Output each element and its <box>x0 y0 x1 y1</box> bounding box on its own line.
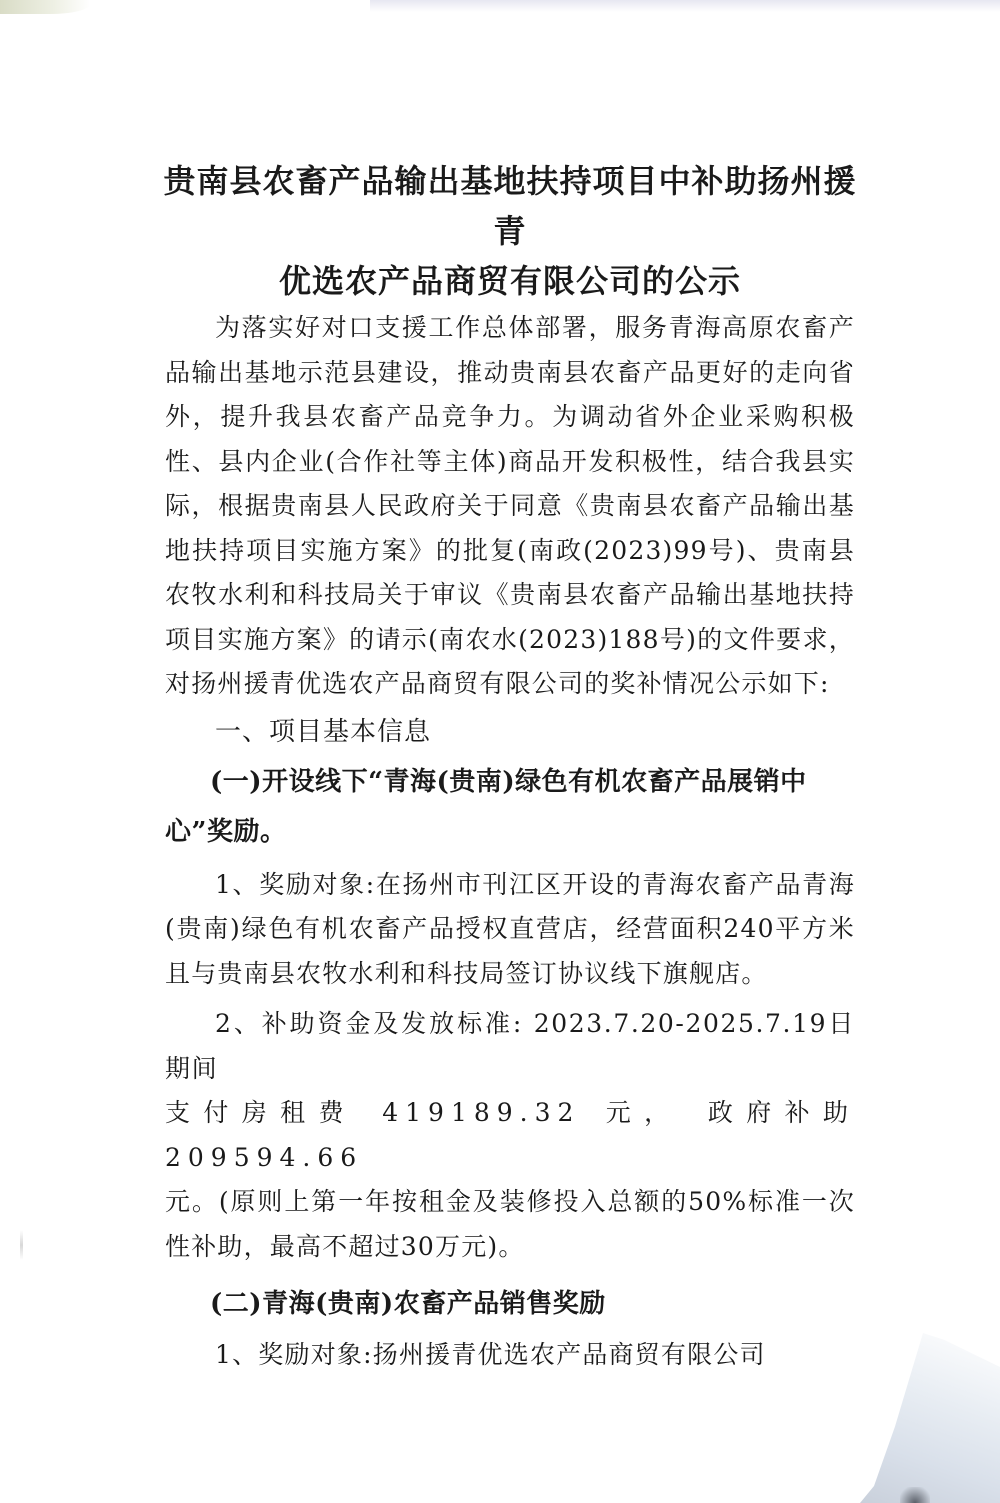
background-shadow-dark <box>900 1487 930 1503</box>
intro-paragraph: 为落实好对口支援工作总体部署，服务青海高原农畜产品输出基地示范县建设，推动贵南县… <box>165 306 855 707</box>
reward-target-item: 1、奖励对象:在扬州市刊江区开设的青海农畜产品青海(贵南)绿色有机农畜产品授权直… <box>165 863 855 997</box>
subsidy-standard-line-3: 元。(原则上第一年按租金及装修投入总额的50%标准一次性补助，最高不超过30万元… <box>165 1180 855 1269</box>
background-shadow <box>860 1333 1000 1503</box>
subsection-heading-showroom-reward: (一)开设线下“青海(贵南)绿色有机农畜产品展销中心”奖励。 <box>165 757 855 857</box>
paper-corner-shadow <box>0 0 90 14</box>
title-line-1: 贵南县农畜产品输出基地扶持项目中补助扬州援青 <box>155 156 865 256</box>
bleed-through-text <box>370 0 1000 12</box>
document-title: 贵南县农畜产品输出基地扶持项目中补助扬州援青 优选农产品商贸有限公司的公示 <box>155 156 865 306</box>
subsection-heading-sales-reward: (二)青海(贵南)农畜产品销售奖励 <box>165 1279 855 1329</box>
sales-reward-target-item: 1、奖励对象:扬州援青优选农产品商贸有限公司 <box>165 1333 855 1378</box>
title-line-2: 优选农产品商贸有限公司的公示 <box>155 256 865 306</box>
document-page: 贵南县农畜产品输出基地扶持项目中补助扬州援青 优选农产品商贸有限公司的公示 为落… <box>165 150 855 1378</box>
paper-mark <box>20 1230 23 1260</box>
section-heading-basic-info: 一、项目基本信息 <box>165 707 855 757</box>
subsidy-standard-line-2: 支付房租费 419189.32 元， 政府补助 209594.66 <box>165 1091 855 1180</box>
subsidy-standard-line-1: 2、补助资金及发放标准: 2023.7.20-2025.7.19日期间 <box>165 1002 855 1091</box>
